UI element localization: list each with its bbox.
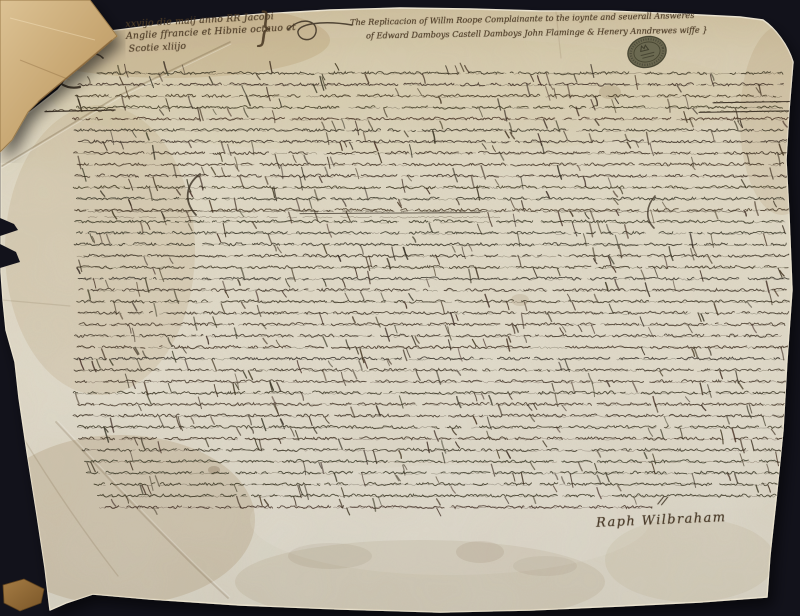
docket-date-heading: xxvijo die maij anno RR Jacobi Anglie ff… <box>125 11 277 56</box>
docket-brace: } <box>256 5 273 51</box>
manuscript-photo: xxvijo die maij anno RR Jacobi Anglie ff… <box>0 0 800 616</box>
